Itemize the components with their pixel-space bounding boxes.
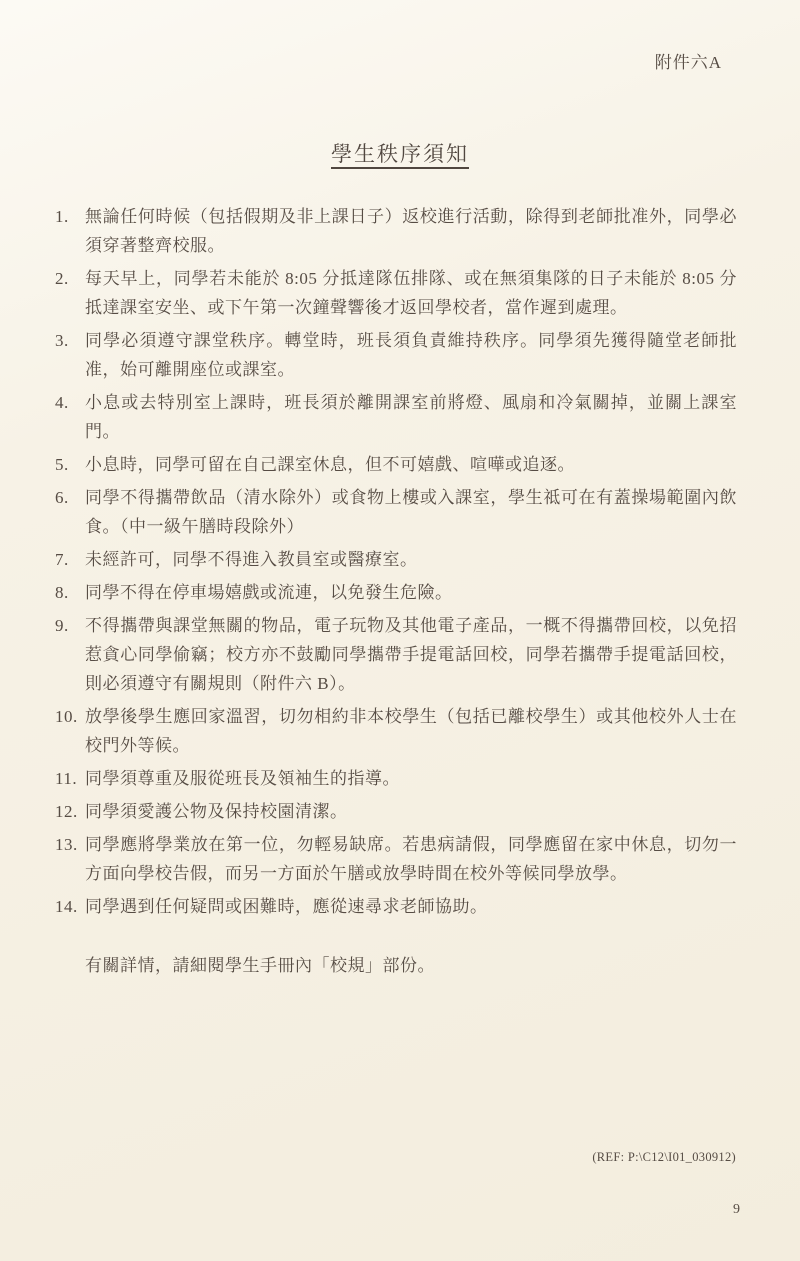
closing-note: 有關詳情，請細閱學生手冊內「校規」部份。: [85, 951, 737, 980]
item-number: 12.: [55, 797, 85, 826]
item-number: 3.: [55, 326, 85, 384]
item-number: 10.: [55, 702, 85, 760]
list-item: 7. 未經許可，同學不得進入教員室或醫療室。: [55, 545, 737, 574]
item-text: 同學應將學業放在第一位，勿輕易缺席。若患病請假，同學應留在家中休息，切勿一方面向…: [85, 830, 737, 888]
item-text: 同學須尊重及服從班長及領袖生的指導。: [85, 764, 737, 793]
list-item: 2. 每天早上，同學若未能於 8:05 分抵達隊伍排隊、或在無須集隊的日子未能於…: [55, 264, 737, 322]
item-number: 1.: [55, 202, 85, 260]
list-item: 5. 小息時，同學可留在自己課室休息，但不可嬉戲、喧嘩或追逐。: [55, 450, 737, 479]
list-item: 14. 同學遇到任何疑問或困難時，應從速尋求老師協助。: [55, 892, 737, 921]
item-text: 未經許可，同學不得進入教員室或醫療室。: [85, 545, 737, 574]
item-number: 5.: [55, 450, 85, 479]
list-item: 13. 同學應將學業放在第一位，勿輕易缺席。若患病請假，同學應留在家中休息，切勿…: [55, 830, 737, 888]
item-text: 同學不得攜帶飲品（清水除外）或食物上樓或入課室，學生祗可在有蓋操場範圍內飲食。（…: [85, 483, 737, 541]
item-text: 無論任何時候（包括假期及非上課日子）返校進行活動，除得到老師批准外，同學必須穿著…: [85, 202, 737, 260]
item-text: 小息或去特別室上課時，班長須於離開課室前將燈、風扇和冷氣關掉，並關上課室門。: [85, 388, 737, 446]
item-number: 13.: [55, 830, 85, 888]
item-text: 同學必須遵守課堂秩序。轉堂時，班長須負責維持秩序。同學須先獲得隨堂老師批准，始可…: [85, 326, 737, 384]
item-number: 7.: [55, 545, 85, 574]
item-number: 14.: [55, 892, 85, 921]
item-text: 小息時，同學可留在自己課室休息，但不可嬉戲、喧嘩或追逐。: [85, 450, 737, 479]
list-item: 3. 同學必須遵守課堂秩序。轉堂時，班長須負責維持秩序。同學須先獲得隨堂老師批准…: [55, 326, 737, 384]
item-number: 11.: [55, 764, 85, 793]
item-text: 每天早上，同學若未能於 8:05 分抵達隊伍排隊、或在無須集隊的日子未能於 8:…: [85, 264, 737, 322]
item-text: 放學後學生應回家溫習，切勿相約非本校學生（包括已離校學生）或其他校外人士在校門外…: [85, 702, 737, 760]
reference-code: (REF: P:\C12\I01_030912): [592, 1150, 736, 1165]
item-number: 2.: [55, 264, 85, 322]
item-text: 同學遇到任何疑問或困難時，應從速尋求老師協助。: [85, 892, 737, 921]
list-item: 4. 小息或去特別室上課時，班長須於離開課室前將燈、風扇和冷氣關掉，並關上課室門…: [55, 388, 737, 446]
item-text: 不得攜帶與課堂無關的物品，電子玩物及其他電子產品，一概不得攜帶回校，以免招惹貪心…: [85, 611, 737, 698]
item-text: 同學不得在停車場嬉戲或流連，以免發生危險。: [85, 578, 737, 607]
list-item: 8. 同學不得在停車場嬉戲或流連，以免發生危險。: [55, 578, 737, 607]
list-item: 10. 放學後學生應回家溫習，切勿相約非本校學生（包括已離校學生）或其他校外人士…: [55, 702, 737, 760]
list-item: 12. 同學須愛護公物及保持校園清潔。: [55, 797, 737, 826]
document-page: 附件六A 學生秩序須知 1. 無論任何時候（包括假期及非上課日子）返校進行活動，…: [0, 0, 800, 1261]
list-item: 9. 不得攜帶與課堂無關的物品，電子玩物及其他電子產品，一概不得攜帶回校，以免招…: [55, 611, 737, 698]
page-number: 9: [733, 1202, 740, 1218]
list-item: 11. 同學須尊重及服從班長及領袖生的指導。: [55, 764, 737, 793]
item-number: 9.: [55, 611, 85, 698]
item-text: 同學須愛護公物及保持校園清潔。: [85, 797, 737, 826]
item-number: 8.: [55, 578, 85, 607]
rules-list: 1. 無論任何時候（包括假期及非上課日子）返校進行活動，除得到老師批准外，同學必…: [55, 202, 737, 921]
item-number: 6.: [55, 483, 85, 541]
page-title: 學生秩序須知: [0, 0, 800, 168]
list-item: 6. 同學不得攜帶飲品（清水除外）或食物上樓或入課室，學生祗可在有蓋操場範圍內飲…: [55, 483, 737, 541]
item-number: 4.: [55, 388, 85, 446]
list-item: 1. 無論任何時候（包括假期及非上課日子）返校進行活動，除得到老師批准外，同學必…: [55, 202, 737, 260]
appendix-label: 附件六A: [655, 48, 722, 73]
